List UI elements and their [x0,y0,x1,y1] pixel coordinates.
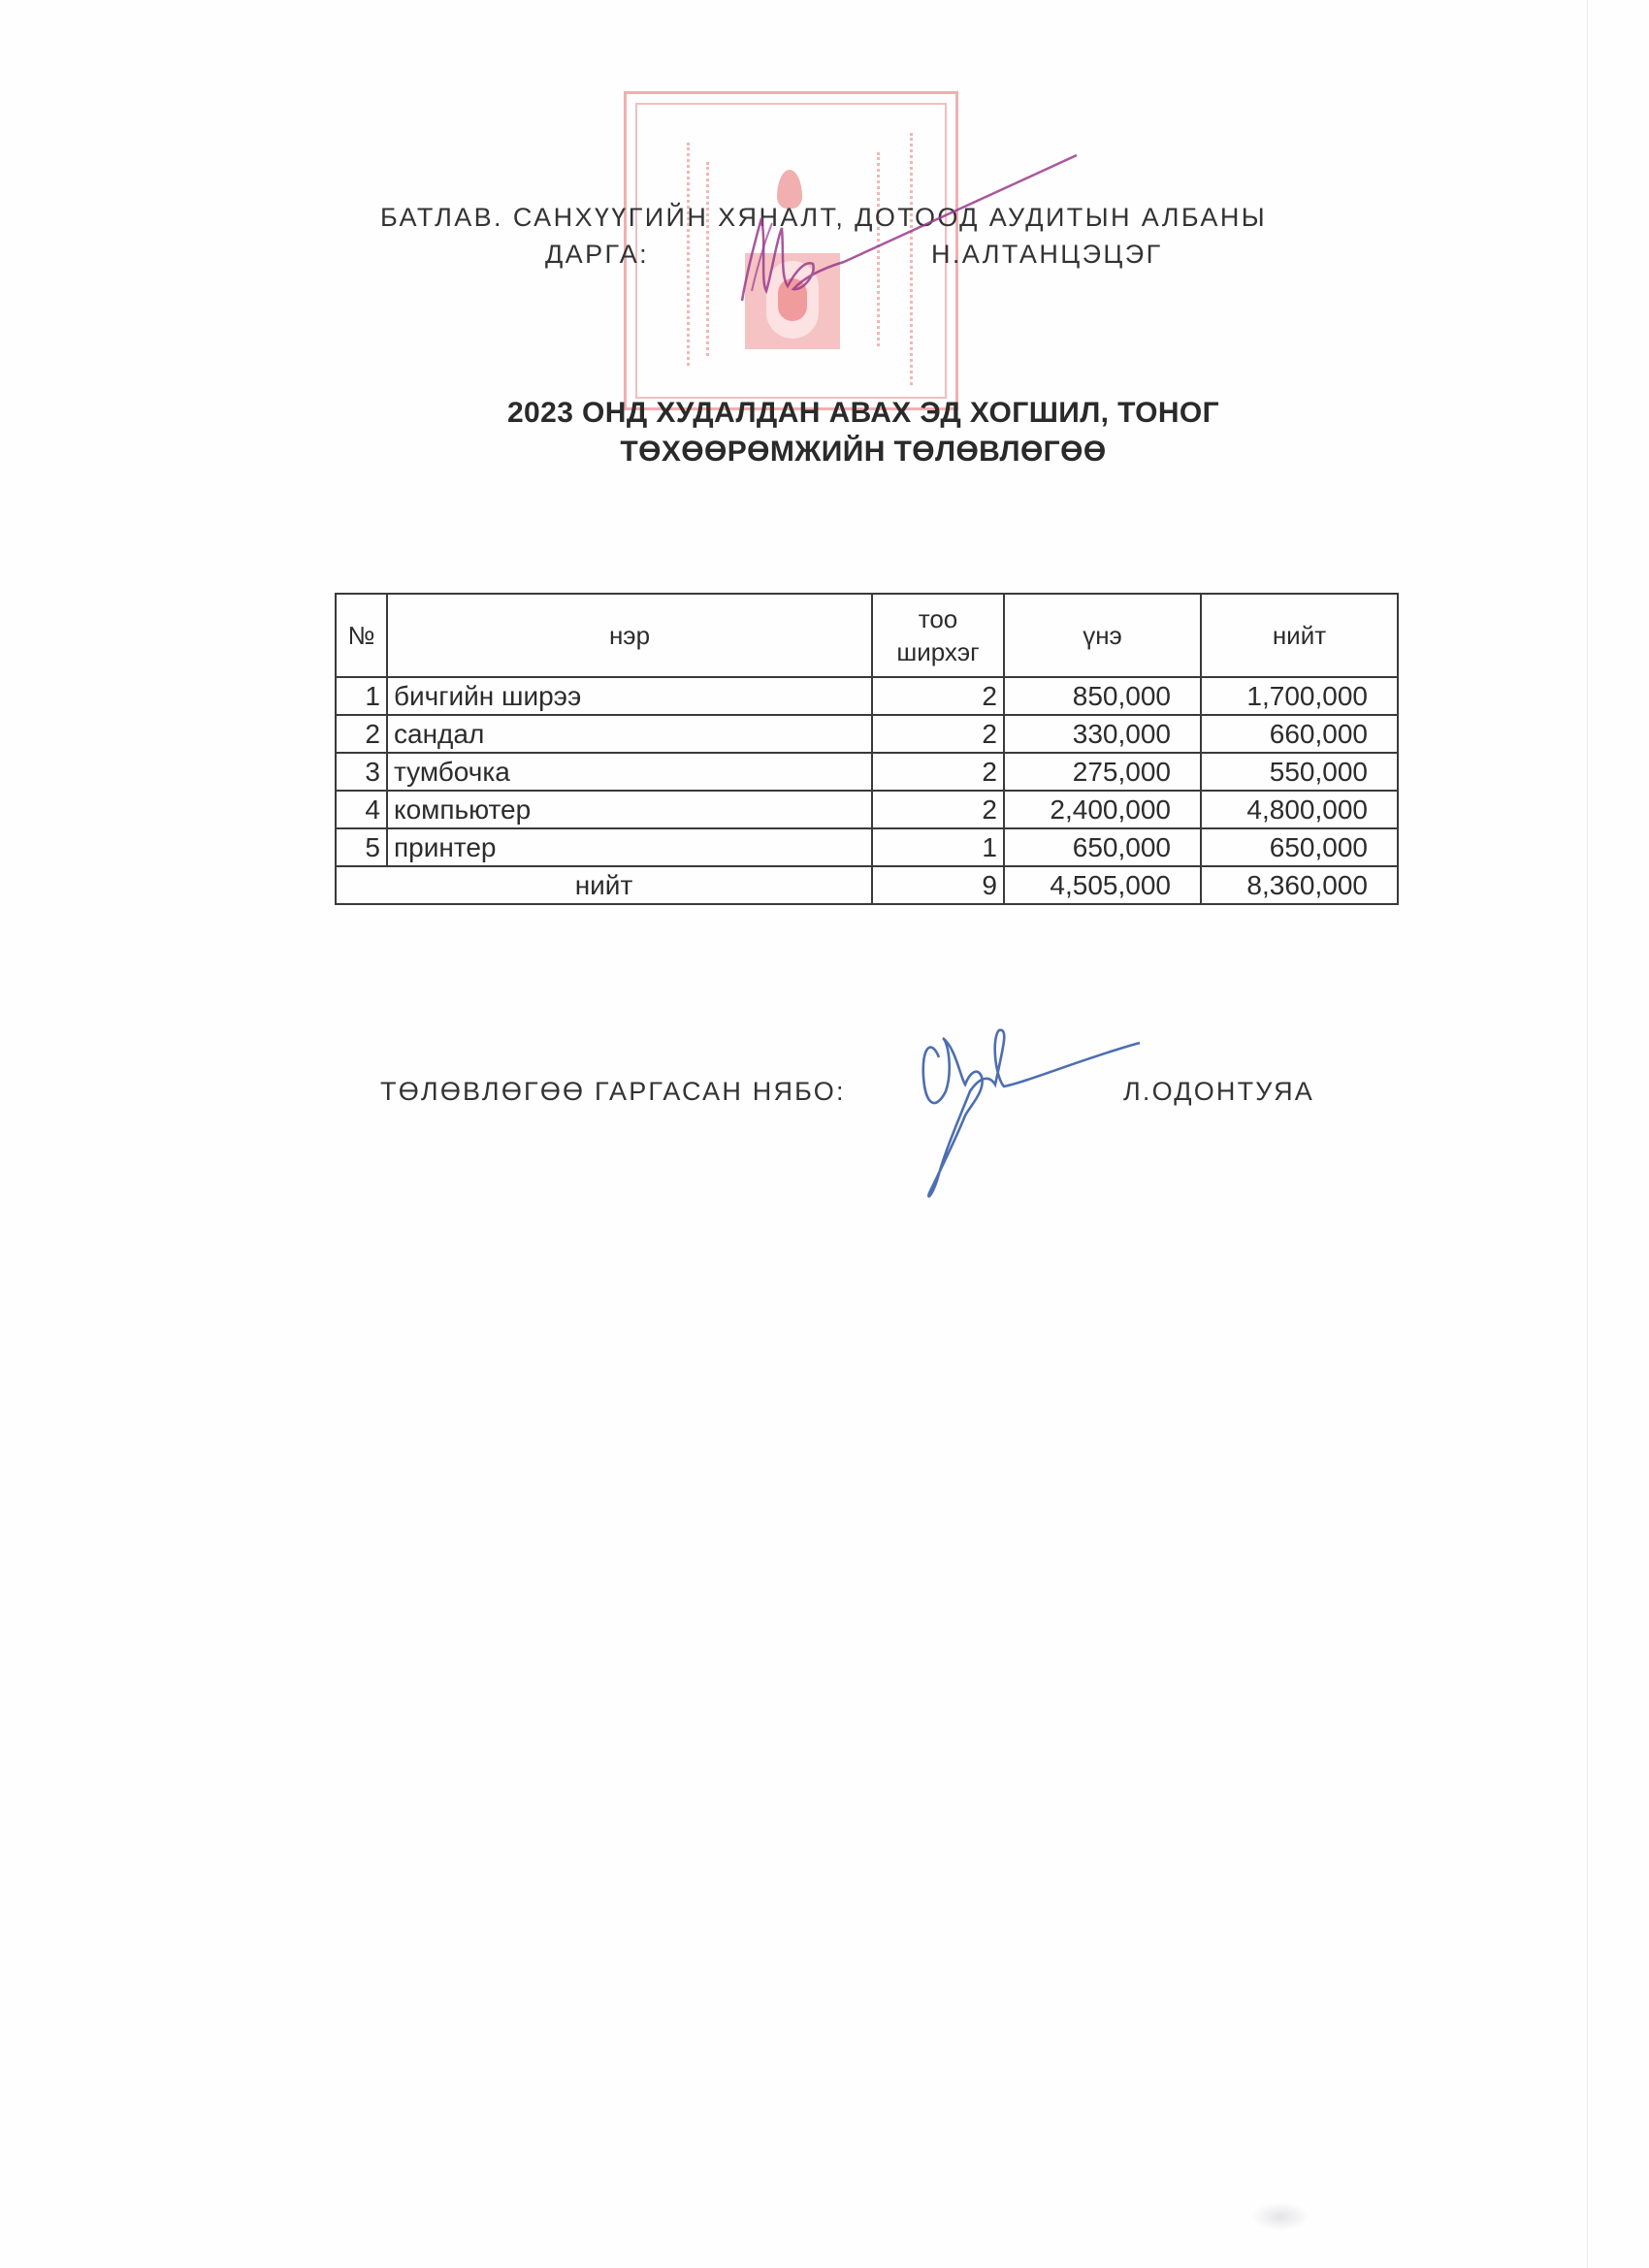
item-total: 650,000 [1201,828,1398,866]
item-name: компьютер [387,791,872,828]
item-price: 2,400,000 [1004,791,1201,828]
item-price: 650,000 [1004,828,1201,866]
table-row: 3тумбочка2275,000550,000 [336,753,1398,791]
item-name: принтер [387,828,872,866]
row-number: 2 [336,715,387,753]
item-price: 330,000 [1004,715,1201,753]
official-stamp [624,91,958,410]
item-quantity: 2 [872,791,1004,828]
table-row: 4компьютер22,400,0004,800,000 [336,791,1398,828]
table-header-row: № нэр тоо ширхэг үнэ нийт [336,594,1398,677]
item-quantity: 2 [872,753,1004,791]
header-quantity-line1: тоо [879,602,997,635]
summary-price: 4,505,000 [1004,866,1201,904]
header-total: нийт [1201,594,1398,677]
prepared-by-label: ТӨЛӨВЛӨГӨӨ ГАРГАСАН НЯБО: [380,1077,846,1106]
item-price: 850,000 [1004,677,1201,715]
row-number: 5 [336,828,387,866]
item-total: 1,700,000 [1201,677,1398,715]
item-total: 550,000 [1201,753,1398,791]
item-quantity: 2 [872,677,1004,715]
document-title-line2: ТӨХӨӨРӨМЖИЙН ТӨЛӨВЛӨГӨӨ [0,436,1649,469]
item-name: сандал [387,715,872,753]
prepared-by-name: Л.ОДОНТУЯА [1123,1077,1314,1106]
header-price: үнэ [1004,594,1201,677]
item-name: тумбочка [387,753,872,791]
table-row: 2сандал2330,000660,000 [336,715,1398,753]
document-title-line1: 2023 ОНД ХУДАЛДАН АВАХ ЭД ХОГШИЛ, ТОНОГ [0,397,1649,430]
header-no: № [336,594,387,677]
table-row: 5принтер1650,000650,000 [336,828,1398,866]
item-quantity: 1 [872,828,1004,866]
item-total: 660,000 [1201,715,1398,753]
table-row: 1бичгийн ширээ2850,0001,700,000 [336,677,1398,715]
row-number: 3 [336,753,387,791]
approver-name: Н.АЛТАНЦЭЦЭГ [931,240,1163,269]
soyombo-emblem-icon [745,253,840,349]
header-quantity-line2: ширхэг [879,635,997,668]
stamp-script-column [706,162,719,356]
row-number: 1 [336,677,387,715]
stamp-script-column [910,133,922,385]
approver-role: ДАРГА: [545,240,649,269]
page-edge-line [1587,0,1588,2268]
header-name: нэр [387,594,872,677]
procurement-plan-table: № нэр тоо ширхэг үнэ нийт 1бичгийн ширээ… [335,593,1399,905]
stamp-script-column [687,143,699,366]
summary-row: нийт94,505,0008,360,000 [336,866,1398,904]
stamp-script-column [877,152,889,346]
item-quantity: 2 [872,715,1004,753]
row-number: 4 [336,791,387,828]
summary-quantity: 9 [872,866,1004,904]
header-quantity: тоо ширхэг [872,594,1004,677]
approval-line: БАТЛАВ. САНХҮҮГИЙН ХЯНАЛТ, ДОТООД АУДИТЫ… [380,203,1267,232]
summary-total: 8,360,000 [1201,866,1398,904]
summary-label: нийт [336,866,872,904]
item-total: 4,800,000 [1201,791,1398,828]
scan-smudge [1251,2202,1309,2231]
item-name: бичгийн ширээ [387,677,872,715]
item-price: 275,000 [1004,753,1201,791]
